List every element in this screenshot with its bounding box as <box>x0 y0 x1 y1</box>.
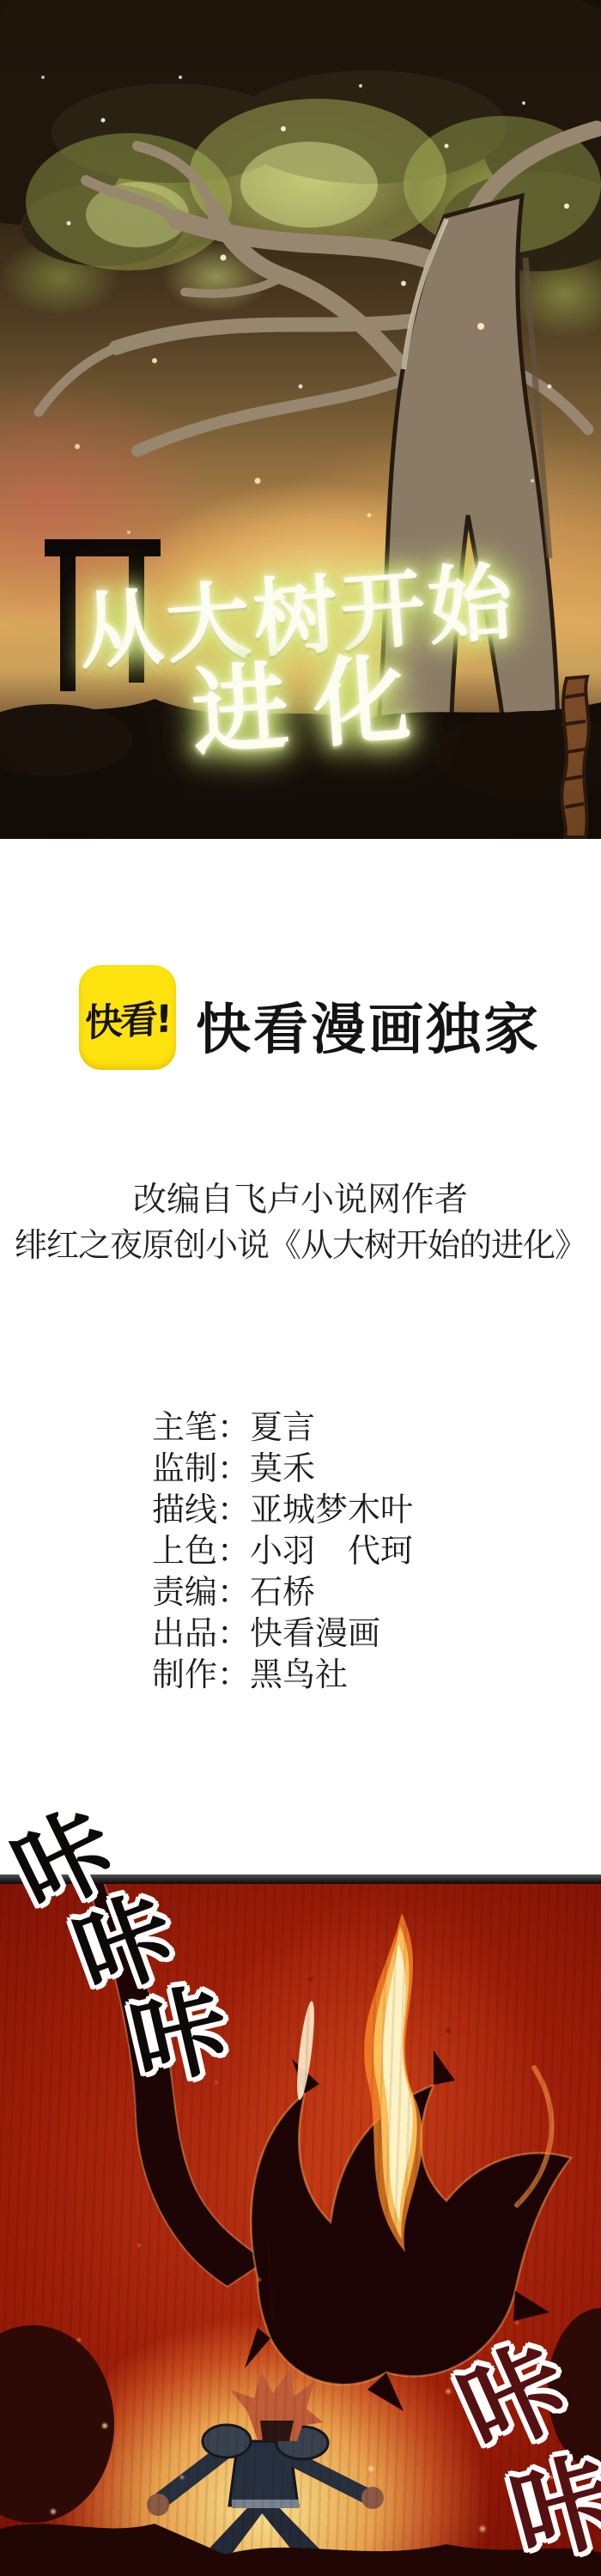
credit-line-coloring: 上色：小羽 代珂 <box>152 1530 413 1571</box>
credit-line-supervisor: 监制：莫禾 <box>152 1448 413 1489</box>
exclusive-heading: 快看漫画独家 <box>196 986 541 1065</box>
series-title-logo: 从大树开始 进化 <box>54 557 546 771</box>
adaptation-source-line: 改编自飞卢小说网作者 <box>0 1178 601 1223</box>
credit-line-producer: 出品：快看漫画 <box>152 1613 413 1654</box>
sfx-crackle-top-left: 咔 咔 咔 <box>5 1814 280 2123</box>
cover-art: 从大树开始 进化 <box>0 0 601 839</box>
credit-line-editor: 责编：石桥 <box>152 1571 413 1613</box>
sfx-glyph: 咔 <box>123 1979 238 2094</box>
sfx-crackle-bottom-right: 咔 咔 <box>464 2348 601 2576</box>
credit-line-lead-artist: 主笔：夏言 <box>152 1406 413 1448</box>
sfx-glyph: 咔 <box>502 2447 601 2573</box>
webcomic-page: { "cover": { "title_line1": "从大树开始", "ti… <box>0 0 601 2576</box>
credit-line-studio: 制作：黑鸟社 <box>152 1654 413 1695</box>
adaptation-novel-line: 绯红之夜原创小说《从大树开始的进化》 <box>0 1223 601 1267</box>
kuaikan-app-icon: 快看! <box>79 965 176 1070</box>
kuaikan-logo-text: 快看! <box>84 987 170 1047</box>
credits-list: 主笔：夏言 监制：莫禾 描线：亚城梦木叶 上色：小羽 代珂 责编：石桥 出品：快… <box>152 1406 413 1695</box>
adaptation-note: 改编自飞卢小说网作者 绯红之夜原创小说《从大树开始的进化》 <box>0 1178 601 1267</box>
credit-line-lineart: 描线：亚城梦木叶 <box>152 1489 413 1530</box>
